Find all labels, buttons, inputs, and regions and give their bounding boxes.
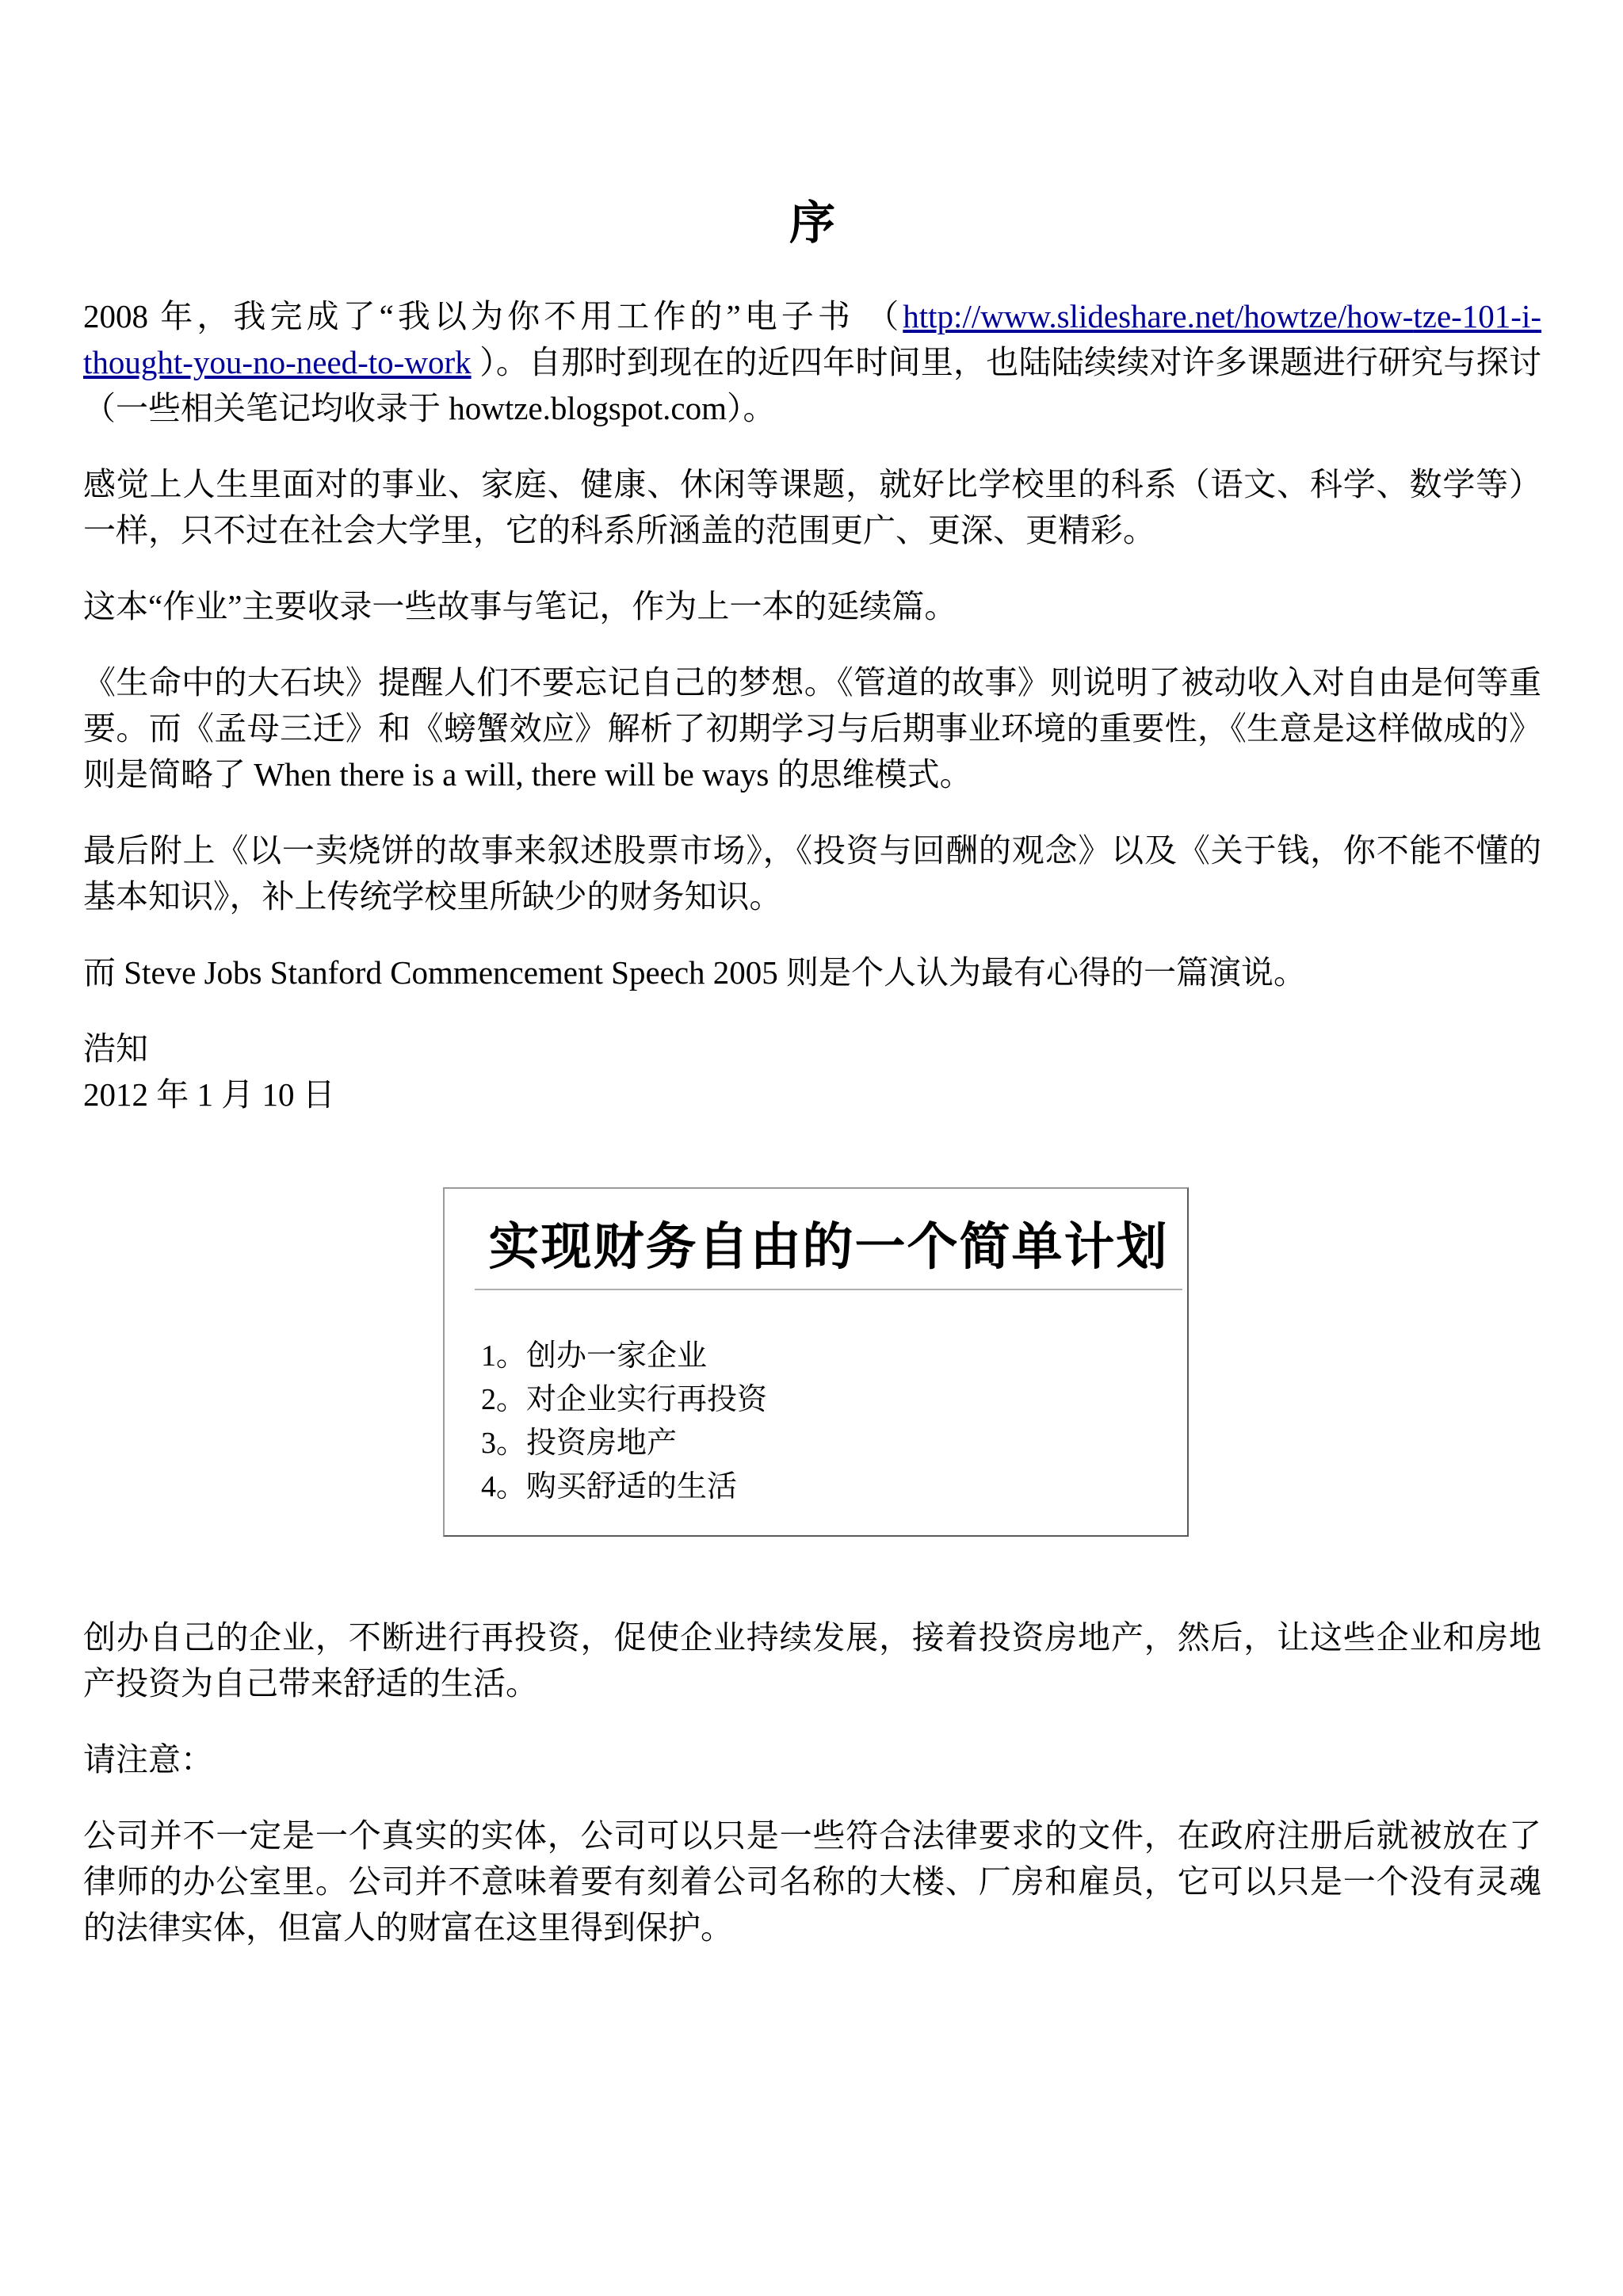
signature-date: 2012 年 1 月 10 日 — [83, 1072, 1541, 1117]
paragraph-steve-jobs: 而 Steve Jobs Stanford Commencement Speec… — [83, 949, 1541, 995]
note-label: 请注意： — [83, 1736, 1541, 1782]
plan-box-title: 实现财务自由的一个简单计划 — [475, 1216, 1182, 1279]
plan-box-title-wrap: 实现财务自由的一个简单计划 — [475, 1216, 1182, 1290]
paragraph-appendix: 最后附上《以一卖烧饼的故事来叙述股票市场》，《投资与回酬的观念》以及《关于钱，你… — [83, 827, 1541, 919]
intro-text-before: 2008 年，我完成了“我以为你不用工作的”电子书 （ — [83, 298, 903, 334]
paragraph-stories: 《生命中的大石块》提醒人们不要忘记自己的梦想。《管道的故事》则说明了被动收入对自… — [83, 659, 1541, 797]
document-page: 序 2008 年，我完成了“我以为你不用工作的”电子书 （http://www.… — [0, 0, 1623, 2296]
paragraph-intro: 2008 年，我完成了“我以为你不用工作的”电子书 （http://www.sl… — [83, 293, 1541, 431]
plan-item-4: 4。购买舒适的生活 — [481, 1465, 1171, 1509]
page-title: 序 — [83, 190, 1541, 257]
paragraph-plan-summary: 创办自己的企业，不断进行再投资，促使企业持续发展，接着投资房地产，然后，让这些企… — [83, 1614, 1541, 1706]
signature-name: 浩知 — [83, 1026, 1541, 1072]
paragraph-homework: 这本“作业”主要收录一些故事与笔记，作为上一本的延续篇。 — [83, 583, 1541, 629]
paragraph-life-subjects: 感觉上人生里面对的事业、家庭、健康、休闲等课题，就好比学校里的科系（语文、科学、… — [83, 461, 1541, 553]
paragraph-company-note: 公司并不一定是一个真实的实体，公司可以只是一些符合法律要求的文件，在政府注册后就… — [83, 1813, 1541, 1950]
plan-list: 1。创办一家企业 2。对企业实行再投资 3。投资房地产 4。购买舒适的生活 — [481, 1335, 1171, 1509]
plan-item-1: 1。创办一家企业 — [481, 1335, 1171, 1378]
financial-freedom-plan-box: 实现财务自由的一个简单计划 1。创办一家企业 2。对企业实行再投资 3。投资房地… — [443, 1187, 1189, 1537]
signature-block: 浩知 2012 年 1 月 10 日 — [83, 1026, 1541, 1117]
plan-item-2: 2。对企业实行再投资 — [481, 1378, 1171, 1422]
slideshare-link-line1: http://www.slideshare.net/howtze/how- — [903, 298, 1413, 334]
plan-item-3: 3。投资房地产 — [481, 1422, 1171, 1465]
